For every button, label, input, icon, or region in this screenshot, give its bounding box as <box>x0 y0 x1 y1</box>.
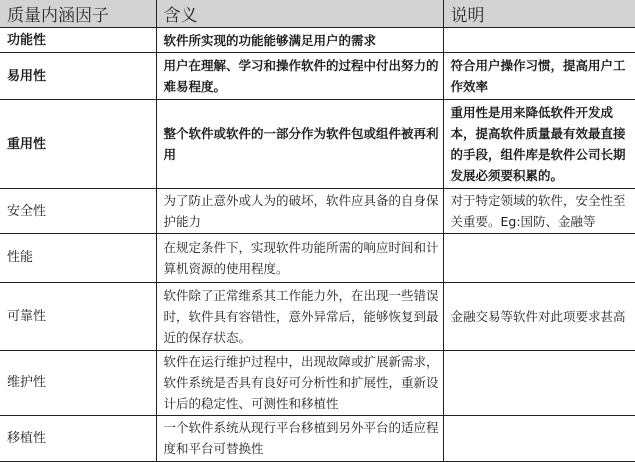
table-row: 重用性 整个软件或软件的一部分作为软件包或组件被再利用 重用性是用来降低软件开发… <box>0 100 635 189</box>
factor-cell: 性能 <box>0 234 156 282</box>
table-row: 功能性 软件所实现的功能能够满足用户的需求 <box>0 28 635 53</box>
quality-factors-table: 质量内涵因子 含义 说明 功能性 软件所实现的功能能够满足用户的需求 易用性 用… <box>0 0 635 462</box>
factor-cell: 安全性 <box>0 189 156 234</box>
note-cell <box>443 28 635 53</box>
factor-cell: 维护性 <box>0 350 156 415</box>
meaning-cell: 用户在理解、学习和操作软件的过程中付出努力的难易程度。 <box>156 53 443 100</box>
header-factor: 质量内涵因子 <box>0 0 156 28</box>
factor-cell: 重用性 <box>0 100 156 189</box>
note-cell <box>443 415 635 461</box>
header-meaning: 含义 <box>156 0 443 28</box>
note-cell: 符合用户操作习惯，提高用户工作效率 <box>443 53 635 100</box>
factor-cell: 易用性 <box>0 53 156 100</box>
meaning-cell: 一个软件系统从现行平台移植到另外平台的适应程度和平台可替换性 <box>156 415 443 461</box>
note-cell: 金融交易等软件对此项要求甚高 <box>443 282 635 350</box>
meaning-cell: 软件在运行维护过程中，出现故障或扩展新需求，软件系统是否具有良好可分析性和扩展性… <box>156 350 443 415</box>
table-row: 性能 在规定条件下，实现软件功能所需的响应时间和计算机资源的使用程度。 <box>0 234 635 282</box>
table-row: 可靠性 软件除了正常维系其工作能力外，在出现一些错误时，软件具有容错性，意外异常… <box>0 282 635 350</box>
note-cell <box>443 234 635 282</box>
note-cell: 对于特定领域的软件，安全性至关重要。Eg:国防、金融等 <box>443 189 635 234</box>
factor-cell: 可靠性 <box>0 282 156 350</box>
meaning-cell: 软件所实现的功能能够满足用户的需求 <box>156 28 443 53</box>
header-note: 说明 <box>443 0 635 28</box>
table-row: 移植性 一个软件系统从现行平台移植到另外平台的适应程度和平台可替换性 <box>0 415 635 461</box>
meaning-cell: 整个软件或软件的一部分作为软件包或组件被再利用 <box>156 100 443 189</box>
meaning-cell: 在规定条件下，实现软件功能所需的响应时间和计算机资源的使用程度。 <box>156 234 443 282</box>
table-header-row: 质量内涵因子 含义 说明 <box>0 0 635 28</box>
note-cell: 重用性是用来降低软件开发成本，提高软件质量最有效最直接的手段，组件库是软件公司长… <box>443 100 635 189</box>
meaning-cell: 软件除了正常维系其工作能力外，在出现一些错误时，软件具有容错性，意外异常后，能够… <box>156 282 443 350</box>
note-cell <box>443 350 635 415</box>
meaning-cell: 为了防止意外或人为的破坏，软件应具备的自身保护能力 <box>156 189 443 234</box>
table-row: 易用性 用户在理解、学习和操作软件的过程中付出努力的难易程度。 符合用户操作习惯… <box>0 53 635 100</box>
factor-cell: 移植性 <box>0 415 156 461</box>
table-row: 维护性 软件在运行维护过程中，出现故障或扩展新需求，软件系统是否具有良好可分析性… <box>0 350 635 415</box>
factor-cell: 功能性 <box>0 28 156 53</box>
table-row: 安全性 为了防止意外或人为的破坏，软件应具备的自身保护能力 对于特定领域的软件，… <box>0 189 635 234</box>
